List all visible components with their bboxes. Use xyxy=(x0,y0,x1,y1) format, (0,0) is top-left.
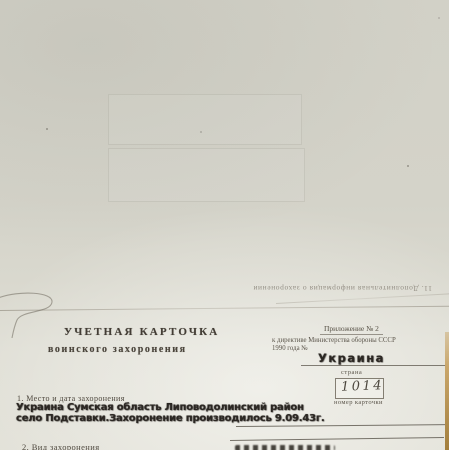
country-stamp: Украина xyxy=(318,351,385,365)
blank-rule-line xyxy=(230,437,444,441)
annex-directive: к директиве Министерства обороны СССР xyxy=(272,337,396,344)
country-field-label: страна xyxy=(341,369,362,376)
section2-label: 2. Вид захоронения xyxy=(22,442,100,450)
paper-speck xyxy=(200,131,202,133)
fold-crease xyxy=(276,293,449,304)
country-underline xyxy=(301,365,446,366)
pencil-mark xyxy=(0,286,68,338)
annex-year: 1990 года № xyxy=(272,345,308,352)
section1-stamped-line1: Украина Сумская область Липоводолинский … xyxy=(16,402,304,413)
annex-number: Приложение № 2 xyxy=(320,324,383,335)
paper-edge-strip xyxy=(445,332,449,450)
scanned-burial-card: 11. Дополнительная информация о захороне… xyxy=(0,0,449,450)
section1-stamped-line2: село Подставки.Захоронение производилось… xyxy=(16,413,325,424)
paper-speck xyxy=(438,17,440,19)
card-subtitle: воинского захоронения xyxy=(48,344,187,355)
paper-speck xyxy=(407,165,409,167)
card-title: УЧЕТНАЯ КАРТОЧКА xyxy=(64,326,219,338)
ghost-photo-frame xyxy=(108,148,305,202)
card-number-label: номер карточки xyxy=(334,399,383,406)
blank-rule-line xyxy=(236,424,446,427)
card-number-handwritten: 1014 xyxy=(341,378,385,394)
paper-speck xyxy=(46,128,48,130)
reverse-side-note: 11. Дополнительная информация о захороне… xyxy=(180,279,432,293)
clipped-stamp-fragment xyxy=(235,445,335,450)
ghost-photo-frame xyxy=(108,94,302,145)
